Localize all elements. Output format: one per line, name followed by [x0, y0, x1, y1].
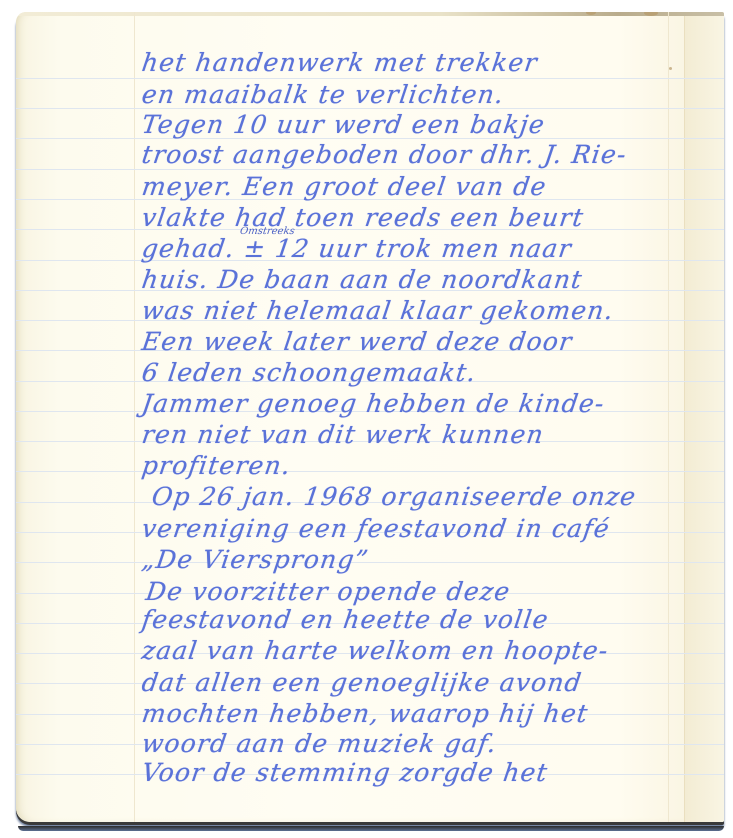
text-line-3: Tegen 10 uur werd een bakje [140, 110, 547, 139]
text-line-9: was niet helemaal klaar gekomen. [140, 296, 616, 325]
text-line-18: De voorzitter opende deze [144, 577, 512, 606]
text-line-23: woord aan de muziek gaf. [140, 729, 499, 758]
text-line-14: profiteren. [140, 451, 293, 480]
text-line-16: vereniging een feestavond in café [140, 514, 612, 543]
text-line-6: vlakte had toen reeds een beurt [140, 203, 586, 232]
text-line-5: meyer. Een groot deel van de [140, 172, 549, 201]
handwritten-text: het handenwerk met trekker en maaibalk t… [0, 0, 733, 838]
text-line-17: „De Viersprong” [140, 545, 371, 574]
text-line-22: mochten hebben, waarop hij het [140, 699, 590, 728]
text-line-13: ren niet van dit werk kunnen [140, 420, 546, 449]
text-line-2: en maaibalk te verlichten. [140, 80, 506, 109]
text-line-10: Een week later werd deze door [140, 327, 575, 356]
text-line-21: dat allen een genoeglijke avond [140, 668, 584, 697]
scanned-notebook-page: het handenwerk met trekker en maaibalk t… [0, 0, 733, 838]
text-line-20: zaal van harte welkom en hoopte- [140, 636, 611, 665]
text-line-4: troost aangeboden door dhr. J. Rie- [140, 140, 629, 169]
text-line-8: huis. De baan aan de noordkant [140, 265, 585, 294]
text-line-19: feestavond en heette de volle [140, 605, 551, 634]
text-line-12: Jammer genoeg hebben de kinde- [140, 389, 607, 418]
text-line-15: Op 26 jan. 1968 organiseerde onze [150, 482, 638, 511]
text-line-24: Voor de stemming zorgde het [140, 758, 550, 787]
text-line-11: 6 leden schoongemaakt. [140, 358, 479, 387]
text-line-1: het handenwerk met trekker [140, 48, 540, 77]
text-line-7: gehad. ± 12 uur trok men naar [140, 234, 574, 263]
